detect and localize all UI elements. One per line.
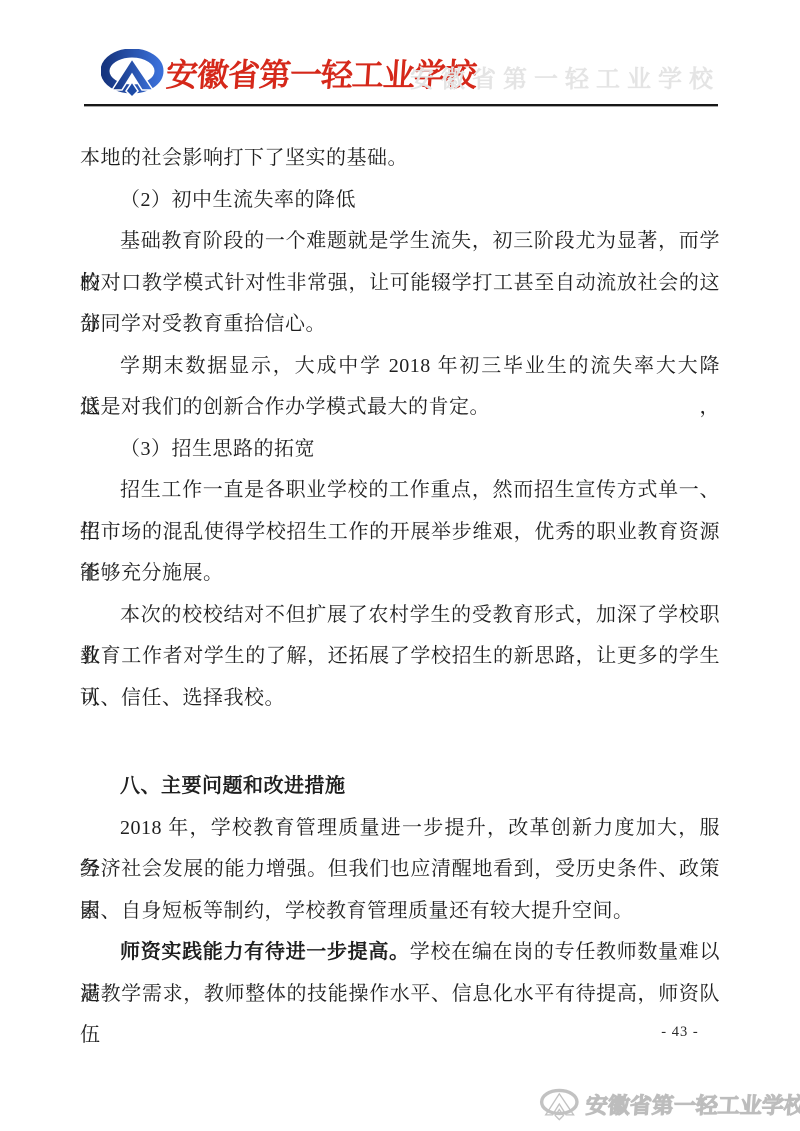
text-line: 的对口教学模式针对性非常强，让可能辍学打工甚至自动流放社会的这部 — [80, 263, 720, 305]
watermark-school-name: 安徽省第一轻工业学校 — [585, 1089, 800, 1120]
header-rule — [84, 104, 718, 107]
text-line: （3）招生思路的拓宽 — [80, 429, 720, 471]
school-logo-icon — [101, 49, 168, 99]
text-line: 素、自身短板等制约，学校教育管理质量还有较大提升空间。 — [80, 891, 720, 933]
watermark-logo-icon — [538, 1087, 584, 1121]
document-body: 本地的社会影响打下了坚实的基础。（2）初中生流失率的降低基础教育阶段的一个难题就… — [80, 138, 720, 1015]
text-line: 招生工作一直是各职业学校的工作重点，然而招生宣传方式单一、招 — [80, 470, 720, 512]
text-line: 学期末数据显示，大成中学 2018 年初三毕业生的流失率大大降低， — [80, 346, 720, 388]
text-line: （2）初中生流失率的降低 — [80, 180, 720, 222]
text-line: 分同学对受教育重拾信心。 — [80, 304, 720, 346]
text-line: 可、信任、选择我校。 — [80, 678, 720, 720]
text-line: 足教学需求，教师整体的技能操作水平、信息化水平有待提高，师资队伍 — [80, 974, 720, 1016]
text-line: 本地的社会影响打下了坚实的基础。 — [80, 138, 720, 180]
footer-watermark: 安徽省第一轻工业学校 — [538, 1082, 798, 1126]
page-number: - 43 - — [630, 1024, 730, 1044]
text-line: 2018 年，学校教育管理质量进一步提升，改革创新力度加大，服务 — [80, 808, 720, 850]
header-ghost-watermark: 安徽省第一轻工业学校 — [410, 60, 722, 100]
text-line: 师资实践能力有待进一步提高。学校在编在岗的专任教师数量难以满 — [80, 932, 720, 974]
text-line: 经济社会发展的能力增强。但我们也应清醒地看到，受历史条件、政策因 — [80, 849, 720, 891]
text-line: 本次的校校结对不但扩展了农村学生的受教育形式，加深了学校职业 — [80, 595, 720, 637]
text-line: 生市场的混乱使得学校招生工作的开展举步维艰，优秀的职业教育资源不 — [80, 512, 720, 554]
bold-run: 师资实践能力有待进一步提高。 — [120, 941, 410, 963]
text-line: 基础教育阶段的一个难题就是学生流失，初三阶段尤为显著，而学校 — [80, 221, 720, 263]
text-line: 八、主要问题和改进措施 — [80, 766, 720, 808]
text-line: 教育工作者对学生的了解，还拓展了学校招生的新思路，让更多的学生认 — [80, 636, 720, 678]
document-page: 安徽省第一轻工业学校 安徽省第一轻工业学校 本地的社会影响打下了坚实的基础。（2… — [0, 0, 800, 1131]
text-line: 能够充分施展。 — [80, 553, 720, 595]
